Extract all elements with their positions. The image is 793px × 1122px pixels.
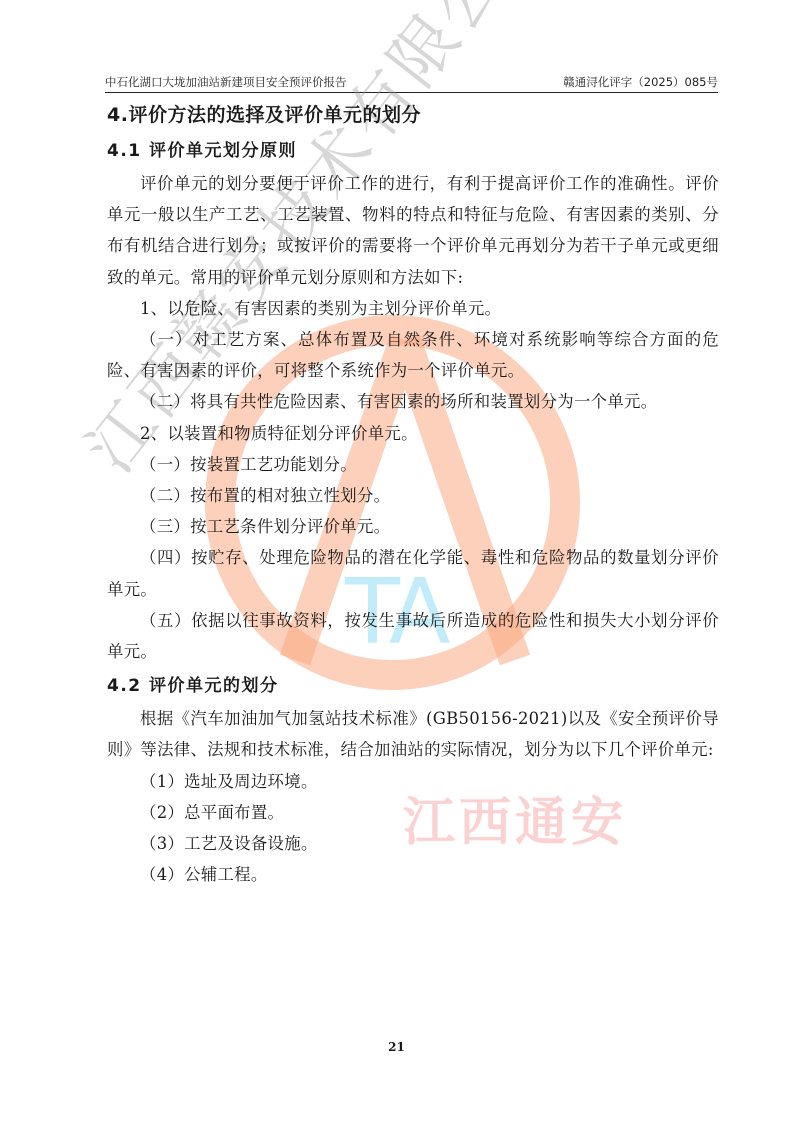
section-4-2-intro: 根据《汽车加油加气加氢站技术标准》(GB50156-2021)以及《安全预评价导… — [107, 703, 719, 765]
principle-2-title: 2、以装置和物质特征划分评价单元。 — [107, 418, 719, 449]
chapter-title: 4.评价方法的选择及评价单元的划分 — [107, 98, 719, 132]
section-4-1-title: 4.1 评价单元划分原则 — [107, 134, 719, 168]
section-4-2-title: 4.2 评价单元的划分 — [107, 669, 719, 703]
principle-1-item: （一）对工艺方案、总体布置及自然条件、环境对系统影响等综合方面的危险、有害因素的… — [107, 324, 719, 386]
principle-2-item: （四）按贮存、处理危险物品的潜在化学能、毒性和危险物品的数量划分评价单元。 — [107, 542, 719, 604]
principle-2-item: （三）按工艺条件划分评价单元。 — [107, 511, 719, 542]
document-body: 4.评价方法的选择及评价单元的划分 4.1 评价单元划分原则 评价单元的划分要便… — [107, 98, 719, 890]
principle-2-item: （一）按装置工艺功能划分。 — [107, 449, 719, 480]
principle-1-title: 1、以危险、有害因素的类别为主划分评价单元。 — [107, 293, 719, 324]
principle-2-item: （五）依据以往事故资料，按发生事故后所造成的危险性和损失大小划分评价单元。 — [107, 605, 719, 667]
evaluation-unit-item: （3）工艺及设备设施。 — [107, 828, 719, 859]
evaluation-unit-item: （1）选址及周边环境。 — [107, 766, 719, 797]
report-title: 中石化湖口大垅加油站新建项目安全预评价报告 — [105, 74, 347, 90]
evaluation-unit-item: （2）总平面布置。 — [107, 797, 719, 828]
report-code: 赣通浔化评字（2025）085号 — [563, 74, 718, 90]
evaluation-unit-item: （4）公辅工程。 — [107, 859, 719, 890]
page-header: 中石化湖口大垅加油站新建项目安全预评价报告 赣通浔化评字（2025）085号 — [105, 70, 718, 93]
section-4-1-intro: 评价单元的划分要便于评价工作的进行，有利于提高评价工作的准确性。评价单元一般以生… — [107, 168, 719, 293]
principle-1-item: （二）将具有共性危险因素、有害因素的场所和装置划分为一个单元。 — [107, 386, 719, 417]
page-number: 21 — [0, 1040, 793, 1054]
principle-2-item: （二）按布置的相对独立性划分。 — [107, 480, 719, 511]
